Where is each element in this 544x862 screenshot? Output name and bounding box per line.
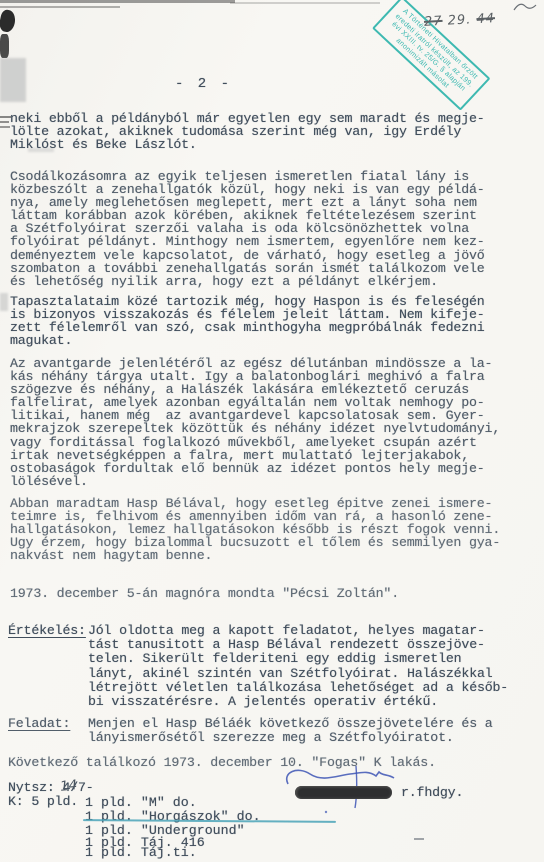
- scan-smudge: [0, 58, 26, 102]
- corner-number: 29.: [447, 12, 471, 28]
- evaluation-text: Jól oldotta meg a kapott feladatot, hely…: [88, 624, 508, 709]
- evaluation-block: Értékelés: Jól oldotta meg a kapott fela…: [8, 624, 508, 709]
- margin-mark: [0, 126, 10, 128]
- pen-dash: [414, 838, 424, 840]
- handwritten-corner-note: 27 29. 44: [424, 11, 496, 30]
- binding-mark: [0, 34, 9, 58]
- paragraph: Abban maradtam Hasp Bélával, hogy esetle…: [10, 497, 500, 562]
- copy-item: 1 pld. "M" do.: [85, 795, 261, 810]
- paragraph: Tapasztalataim közé tartozik még, hogy H…: [10, 295, 485, 347]
- scanned-document-page: A Történeti Hivatalban őrzött eredeti ir…: [0, 0, 544, 862]
- redacted-name-bar: [295, 786, 392, 799]
- dictation-date-line: 1973. december 5-án magnóra mondta "Pécs…: [10, 587, 399, 600]
- officer-rank: r.fhdgy.: [401, 786, 463, 799]
- paragraph: Az avantgarde jelenlétéről az egész délu…: [10, 357, 500, 488]
- pencil-squiggle: [512, 0, 538, 14]
- binding-mark: [0, 9, 17, 34]
- copy-distribution-list: 1 pld. "M" do. 1 pld. "Horgászok" do. 1 …: [85, 795, 261, 859]
- struck-number: 27: [424, 14, 443, 30]
- paragraph: neki ebből a példányból már egyetlen egy…: [10, 112, 485, 151]
- copies-count-label: K: 5 pld.: [8, 795, 78, 808]
- scan-streak: [0, 6, 120, 8]
- registry-number: Nytsz: 4/7-: [8, 781, 94, 794]
- task-block: Feladat: Menjen el Hasp Béláék következő…: [8, 717, 493, 745]
- task-text: Menjen el Hasp Béláék következő összejöv…: [88, 717, 493, 745]
- scan-streak: [0, 0, 235, 3]
- copy-item: 1 pld. Táj.ti.: [85, 848, 261, 859]
- evaluation-label: Értékelés:: [8, 624, 88, 638]
- page-number: - 2 -: [175, 76, 232, 92]
- task-label: Feladat:: [8, 717, 88, 731]
- margin-mark: [0, 121, 9, 123]
- scan-streak: [230, 2, 380, 4]
- scan-smudge: [0, 293, 8, 311]
- handwritten-registry-suffix: 14: [59, 777, 78, 795]
- paragraph: Csodálkozásomra az egyik teljesen ismere…: [10, 170, 485, 288]
- struck-number: 44: [476, 11, 495, 27]
